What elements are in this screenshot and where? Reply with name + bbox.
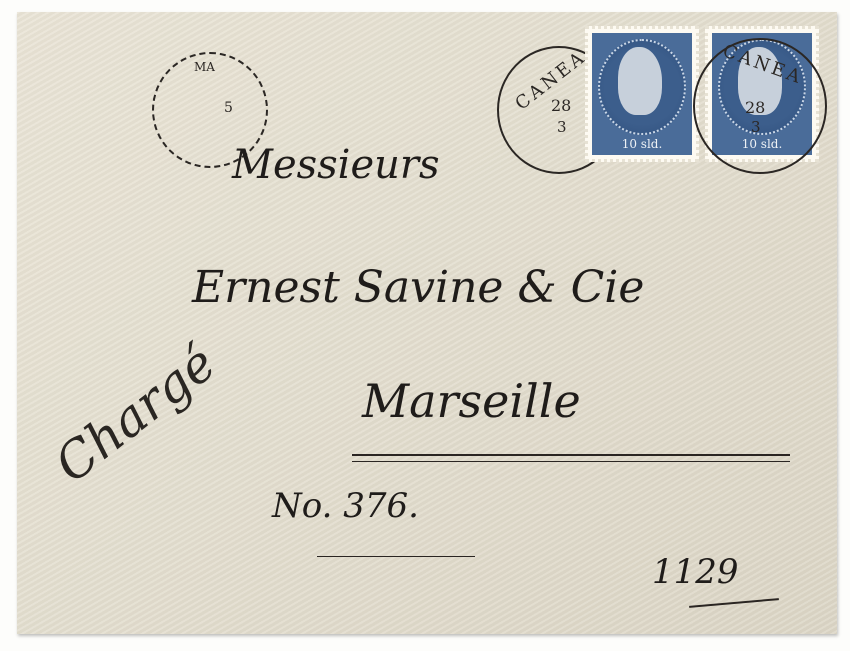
city-underline bbox=[352, 454, 790, 456]
departure-postmark-month: 3 bbox=[557, 118, 567, 136]
stamp-denomination: 10 sld. bbox=[588, 137, 696, 151]
arrival-postmark-text: MA bbox=[194, 60, 215, 74]
recipient-name: Ernest Savine & Cie bbox=[192, 262, 644, 313]
arrival-postmark-day: 5 bbox=[224, 100, 233, 116]
stamp-cancel-day: 28 bbox=[745, 98, 765, 117]
registration-number: No. 376. bbox=[272, 486, 419, 526]
postage-stamp-1: 10 sld. bbox=[585, 26, 699, 162]
departure-postmark-day: 28 bbox=[551, 96, 571, 115]
docket-number: 1129 bbox=[652, 552, 739, 592]
salutation: Messieurs bbox=[232, 142, 440, 188]
city-underline-2 bbox=[352, 461, 790, 462]
number-underline bbox=[317, 556, 475, 557]
stamp-cancel-town: CANEA bbox=[720, 40, 806, 88]
recipient-city: Marseille bbox=[362, 374, 581, 428]
envelope: MA 5 CANEA 28 3 10 sld. 10 sld. CANEA 28… bbox=[17, 12, 837, 634]
stamp-cancel-month: 3 bbox=[751, 118, 761, 136]
emperor-portrait-icon bbox=[618, 47, 662, 115]
stamp-cancel-postmark: CANEA 28 3 bbox=[693, 38, 827, 174]
